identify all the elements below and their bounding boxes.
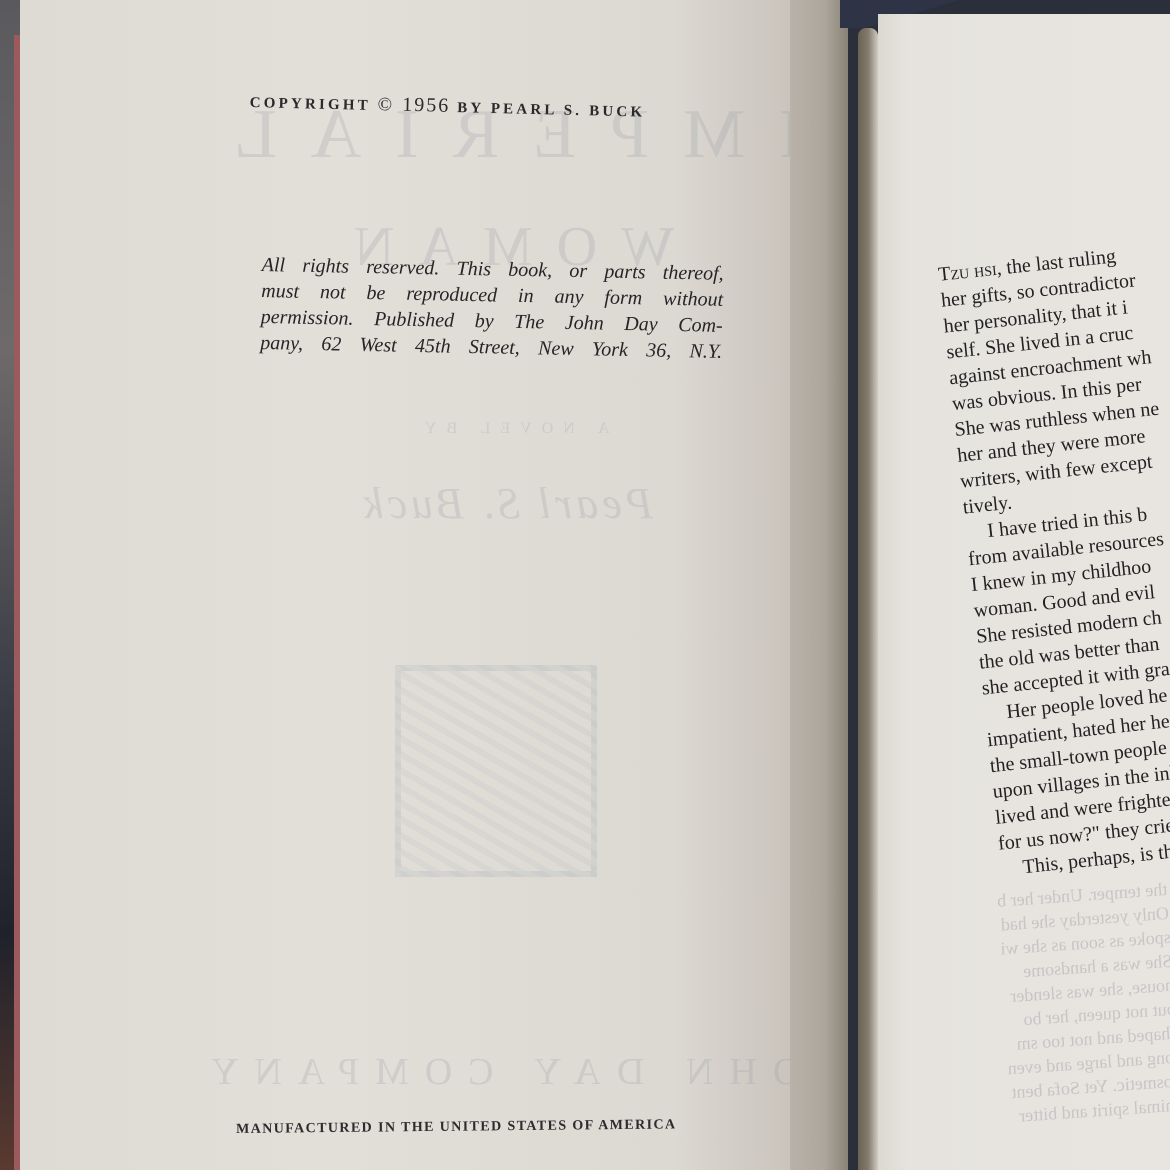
copyright-prefix: COPYRIGHT [249, 95, 370, 114]
rights-statement: All rights reserved. This book, or parts… [260, 252, 724, 365]
copyright-page [20, 0, 790, 1170]
copyright-symbol-icon: © [377, 94, 395, 115]
bleed-through-novel-by: A NOVEL BY [415, 420, 610, 438]
bleed-through-author: Pearl S. Buck [360, 478, 653, 529]
page-fold-shadow [858, 28, 878, 1170]
preface-bleed-through: the temper. Under her b Only yesterday s… [927, 877, 1170, 1133]
book-gutter [790, 0, 848, 1170]
bleed-through-publisher-logo-icon [395, 665, 597, 877]
copyright-holder: BY PEARL S. BUCK [457, 100, 646, 121]
copyright-year: 1956 [402, 94, 451, 117]
